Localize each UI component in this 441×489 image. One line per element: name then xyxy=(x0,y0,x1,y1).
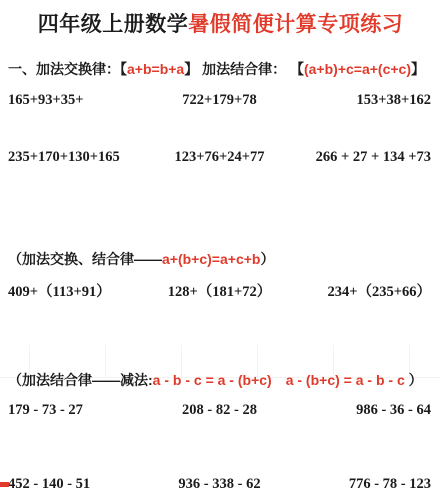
section3-formula-1: a - b - c = a - (b+c) xyxy=(153,372,272,388)
section2-formula: a+(b+c)=a+c+b xyxy=(162,251,260,267)
associative-law-formula: (a+b)+c=a+(c+c) xyxy=(304,61,411,77)
bracket-open: 【 xyxy=(290,61,304,77)
section2-close-paren: ） xyxy=(260,251,274,267)
problem-item: 234+（235+66） xyxy=(290,280,431,301)
problem-item: 165+93+35+ xyxy=(8,92,149,109)
section-header-subtraction: （加法结合律——减法:a - b - c = a - (b+c) a - (b+… xyxy=(8,370,437,390)
section-header-laws: 一、加法交换律：【a+b=b+a】 加法结合律： 【(a+b)+c=a+(c+c… xyxy=(8,59,437,79)
title-highlight: 暑假简便计算专项练习 xyxy=(188,13,403,36)
section3-label: （加法结合律——减法: xyxy=(8,372,153,388)
problem-item: 986 - 36 - 64 xyxy=(290,402,431,419)
problem-item: 936 - 338 - 62 xyxy=(149,476,290,489)
red-mark-artifact xyxy=(0,482,9,487)
problem-row: 452 - 140 - 51 936 - 338 - 62 776 - 78 -… xyxy=(8,476,431,489)
worksheet-page: 四年级上册数学暑假简便计算专项练习 一、加法交换律：【a+b=b+a】 加法结合… xyxy=(0,0,441,489)
problem-item: 266 + 27 + 134 +73 xyxy=(290,149,431,166)
bracket-close: 】 xyxy=(411,61,425,77)
problem-item: 153+38+162 xyxy=(290,92,431,109)
problem-item: 128+（181+72） xyxy=(149,280,290,301)
problem-row: 179 - 73 - 27 208 - 82 - 28 986 - 36 - 6… xyxy=(8,402,431,419)
commutative-law-formula: a+b=b+a xyxy=(127,61,184,77)
problem-item: 452 - 140 - 51 xyxy=(8,476,149,489)
section3-close-paren: ） xyxy=(405,372,423,388)
problem-item: 235+170+130+165 xyxy=(8,149,149,166)
problem-row: 409+（113+91） 128+（181+72） 234+（235+66） xyxy=(8,280,431,301)
problem-row: 165+93+35+ 722+179+78 153+38+162 xyxy=(8,92,431,109)
page-title: 四年级上册数学暑假简便计算专项练习 xyxy=(0,8,441,38)
problem-item: 722+179+78 xyxy=(149,92,290,109)
bracket-open: 【 xyxy=(120,61,127,77)
title-prefix: 四年级上册数学 xyxy=(38,13,189,36)
section-header-commutative-associative: （加法交换、结合律——a+(b+c)=a+c+b） xyxy=(8,249,437,269)
problem-item: 123+76+24+77 xyxy=(149,149,290,166)
section2-label: （加法交换、结合律—— xyxy=(8,251,162,267)
problem-item: 208 - 82 - 28 xyxy=(149,402,290,419)
problem-item: 179 - 73 - 27 xyxy=(8,402,149,419)
problem-row: 235+170+130+165 123+76+24+77 266 + 27 + … xyxy=(8,149,431,166)
problem-item: 776 - 78 - 123 xyxy=(290,476,431,489)
problem-item: 409+（113+91） xyxy=(8,280,149,301)
associative-law-label: 加法结合律： xyxy=(198,61,290,77)
section3-gap xyxy=(272,372,286,388)
commutative-law-label: 一、加法交换律： xyxy=(8,61,120,77)
bracket-close: 】 xyxy=(184,61,198,77)
section3-formula-2: a - (b+c) = a - b - c xyxy=(286,372,405,388)
